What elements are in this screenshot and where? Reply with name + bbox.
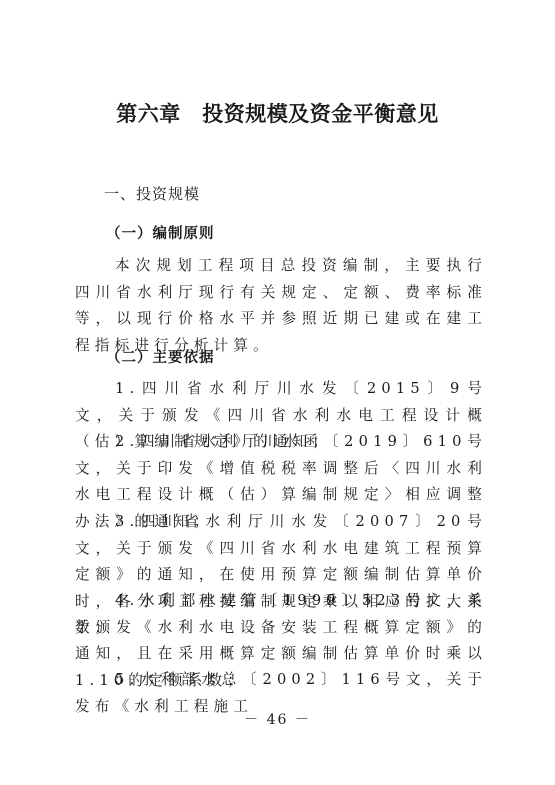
subsection-heading-principles: （一）编制原则: [106, 222, 215, 243]
page-number: － 46 －: [0, 709, 555, 729]
section-heading-investment-scale: 一、投资规模: [104, 183, 200, 204]
paragraph-principles: 本次规划工程项目总投资编制，主要执行四川省水利厅现行有关规定、定额、费率标准等，…: [75, 253, 487, 359]
chapter-title: 第六章 投资规模及资金平衡意见: [0, 98, 555, 128]
document-page: 第六章 投资规模及资金平衡意见 一、投资规模 （一）编制原则 本次规划工程项目总…: [0, 0, 555, 785]
subsection-heading-basis: （二）主要依据: [106, 346, 215, 367]
